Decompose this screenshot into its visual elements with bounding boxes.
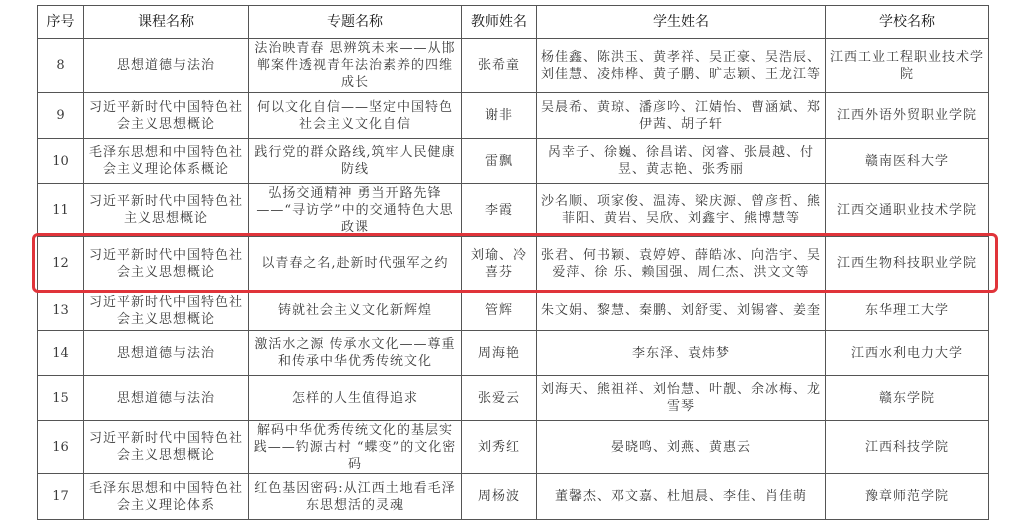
cell-topic: 激活水之源 传承水文化——尊重和传承中华优秀传统文化: [249, 331, 462, 376]
cell-index: 8: [38, 39, 84, 93]
header-course: 课程名称: [84, 6, 249, 39]
cell-students: 李东泽、袁炜梦: [537, 331, 826, 376]
cell-topic: 何以文化自信——坚定中国特色社会主义文化自信: [249, 93, 462, 139]
cell-school: 江西工业工程职业技术学院: [826, 39, 989, 93]
cell-students: 呙幸子、徐巍、徐昌诺、闵睿、张晨越、付昱、黄志艳、张秀丽: [537, 139, 826, 184]
cell-teacher: 张希童: [462, 39, 537, 93]
cell-index: 15: [38, 376, 84, 421]
table-row: 10 毛泽东思想和中国特色社会主义理论体系概论 践行党的群众路线,筑牢人民健康防…: [38, 139, 989, 184]
cell-school: 江西交通职业技术学院: [826, 184, 989, 237]
table-header-row: 序号 课程名称 专题名称 教师姓名 学生姓名 学校名称: [38, 6, 989, 39]
cell-students: 沙名顺、项家俊、温涛、梁庆源、曾彦哲、熊菲阳、黄岩、吴欣、刘鑫宇、熊博慧等: [537, 184, 826, 237]
cell-topic: 解码中华优秀传统文化的基层实践——钓源古村 “蝶变”的文化密码: [249, 421, 462, 474]
table-row: 13 习近平新时代中国特色社会主义思想概论 铸就社会主义文化新辉煌 管辉 朱文娟…: [38, 291, 989, 331]
cell-school: 江西生物科技职业学院: [826, 237, 989, 291]
table-row: 17 毛泽东思想和中国特色社会主义理论体系 红色基因密码:从江西土地看毛泽东思想…: [38, 474, 989, 520]
table-row: 8 思想道德与法治 法治映青春 思辨筑未来——从邯郸案件透视青年法治素养的四维成…: [38, 39, 989, 93]
table-row: 14 思想道德与法治 激活水之源 传承水文化——尊重和传承中华优秀传统文化 周海…: [38, 331, 989, 376]
cell-school: 江西科技学院: [826, 421, 989, 474]
cell-school: 东华理工大学: [826, 291, 989, 331]
table-row: 11 习近平新时代中国特色社主义思想概论 弘扬交通精神 勇当开路先锋——“寻访学…: [38, 184, 989, 237]
cell-course: 习近平新时代中国特色社会主义思想概论: [84, 421, 249, 474]
cell-course: 毛泽东思想和中国特色社会主义理论体系概论: [84, 139, 249, 184]
cell-students: 朱文娟、黎慧、秦鹏、刘舒雯、刘锡睿、姜奎: [537, 291, 826, 331]
cell-course: 思想道德与法治: [84, 331, 249, 376]
cell-topic: 践行党的群众路线,筑牢人民健康防线: [249, 139, 462, 184]
cell-students: 吴晨希、黄琼、潘彦吟、江婧怡、曹涵斌、郑伊茜、胡子轩: [537, 93, 826, 139]
cell-teacher: 谢非: [462, 93, 537, 139]
cell-school: 江西水利电力大学: [826, 331, 989, 376]
table-row: 9 习近平新时代中国特色社会主义思想概论 何以文化自信——坚定中国特色社会主义文…: [38, 93, 989, 139]
table-row-highlighted: 12 习近平新时代中国特色社会主义思想概论 以青春之名,赴新时代强军之约 刘瑜、…: [38, 237, 989, 291]
cell-teacher: 周海艳: [462, 331, 537, 376]
cell-topic: 红色基因密码:从江西土地看毛泽东思想活的灵魂: [249, 474, 462, 520]
award-list-table-container: 序号 课程名称 专题名称 教师姓名 学生姓名 学校名称 8 思想道德与法治 法治…: [37, 5, 988, 520]
award-list-table: 序号 课程名称 专题名称 教师姓名 学生姓名 学校名称 8 思想道德与法治 法治…: [37, 5, 989, 520]
header-index: 序号: [38, 6, 84, 39]
header-students: 学生姓名: [537, 6, 826, 39]
header-teacher: 教师姓名: [462, 6, 537, 39]
cell-school: 江西外语外贸职业学院: [826, 93, 989, 139]
cell-teacher: 刘秀红: [462, 421, 537, 474]
cell-topic: 弘扬交通精神 勇当开路先锋——“寻访学”中的交通特色大思政课: [249, 184, 462, 237]
cell-teacher: 周杨波: [462, 474, 537, 520]
table-row: 15 思想道德与法治 怎样的人生值得追求 张爱云 刘海天、熊祖祥、刘怡慧、叶靓、…: [38, 376, 989, 421]
header-topic: 专题名称: [249, 6, 462, 39]
cell-index: 13: [38, 291, 84, 331]
cell-course: 思想道德与法治: [84, 39, 249, 93]
cell-school: 赣东学院: [826, 376, 989, 421]
cell-index: 14: [38, 331, 84, 376]
cell-teacher: 李霞: [462, 184, 537, 237]
cell-course: 习近平新时代中国特色社会主义思想概论: [84, 237, 249, 291]
header-school: 学校名称: [826, 6, 989, 39]
cell-students: 董馨杰、邓文嘉、杜旭晨、李佳、肖佳萌: [537, 474, 826, 520]
cell-course: 习近平新时代中国特色社会主义思想概论: [84, 93, 249, 139]
table-row: 16 习近平新时代中国特色社会主义思想概论 解码中华优秀传统文化的基层实践——钓…: [38, 421, 989, 474]
cell-topic: 怎样的人生值得追求: [249, 376, 462, 421]
cell-index: 12: [38, 237, 84, 291]
cell-teacher: 雷飘: [462, 139, 537, 184]
cell-topic: 以青春之名,赴新时代强军之约: [249, 237, 462, 291]
cell-students: 晏晓鸣、刘燕、黄惠云: [537, 421, 826, 474]
cell-index: 16: [38, 421, 84, 474]
cell-students: 刘海天、熊祖祥、刘怡慧、叶靓、余冰梅、龙雪琴: [537, 376, 826, 421]
cell-students: 张君、何书颖、袁婷婷、薛皓冰、向浩宇、吴爱萍、徐 乐、赖国强、周仁杰、洪文文等: [537, 237, 826, 291]
cell-index: 17: [38, 474, 84, 520]
cell-index: 10: [38, 139, 84, 184]
cell-students: 杨佳鑫、陈洪玉、黄孝祥、吴正豪、吴浩辰、刘佳慧、凌炜桦、黄子鹏、旷志颖、王龙江等: [537, 39, 826, 93]
cell-school: 赣南医科大学: [826, 139, 989, 184]
cell-course: 毛泽东思想和中国特色社会主义理论体系: [84, 474, 249, 520]
cell-course: 习近平新时代中国特色社主义思想概论: [84, 184, 249, 237]
cell-index: 11: [38, 184, 84, 237]
cell-topic: 法治映青春 思辨筑未来——从邯郸案件透视青年法治素养的四维成长: [249, 39, 462, 93]
cell-course: 思想道德与法治: [84, 376, 249, 421]
cell-school: 豫章师范学院: [826, 474, 989, 520]
cell-index: 9: [38, 93, 84, 139]
cell-topic: 铸就社会主义文化新辉煌: [249, 291, 462, 331]
cell-teacher: 管辉: [462, 291, 537, 331]
cell-course: 习近平新时代中国特色社会主义思想概论: [84, 291, 249, 331]
cell-teacher: 张爱云: [462, 376, 537, 421]
cell-teacher: 刘瑜、冷喜芬: [462, 237, 537, 291]
